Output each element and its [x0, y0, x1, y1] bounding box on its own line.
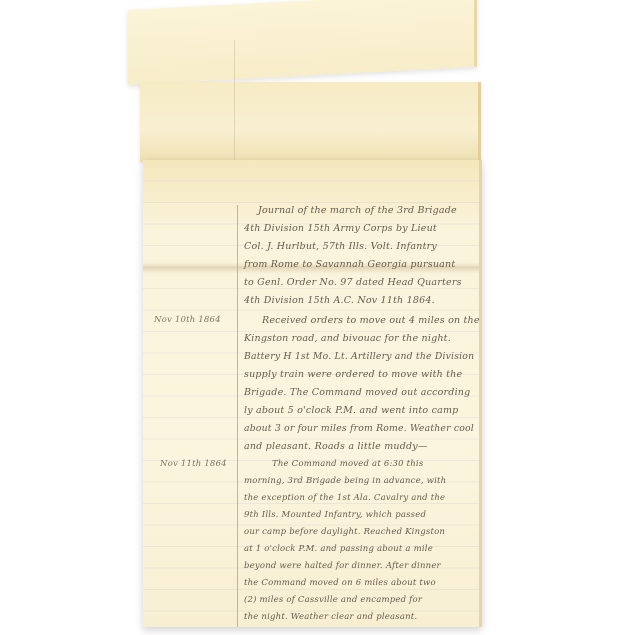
entry-line: the night. Weather clear and pleasant.	[244, 612, 417, 622]
entry-line: and pleasant. Roads a little muddy—	[244, 441, 428, 452]
title-line: Col. J. Hurlbut, 57th Ills. Volt. Infant…	[244, 241, 437, 252]
entry-line: Received orders to move out 4 miles on t…	[262, 315, 480, 326]
title-line: 4th Division 15th A.C. Nov 11th 1864.	[244, 295, 435, 306]
entry-line: Kingston road, and bivouac for the night…	[244, 333, 451, 344]
journal-document: Journal of the march of the 3rd Brigade …	[0, 0, 635, 635]
entry-line: our camp before daylight. Reached Kingst…	[244, 527, 445, 537]
title-line: 4th Division 15th Army Corps by Lieut	[244, 223, 437, 234]
entry-line: the Command moved on 6 miles about two	[244, 578, 436, 588]
entry-date: Nov 10th 1864	[154, 315, 221, 325]
entry-line: beyond were halted for dinner. After din…	[244, 561, 441, 571]
folded-top-flap	[128, 0, 477, 85]
entry-line: Battery H 1st Mo. Lt. Artillery and the …	[244, 351, 474, 362]
entry-date: Nov 11th 1864	[160, 459, 227, 469]
entry-line: the exception of the 1st Ala. Cavalry an…	[244, 493, 445, 503]
entry-line: (2) miles of Cassville and encamped for	[244, 595, 422, 605]
title-line: Journal of the march of the 3rd Brigade	[258, 205, 457, 216]
title-line: to Genl. Order No. 97 dated Head Quarter…	[244, 277, 462, 288]
entry-line: Brigade. The Command moved out according	[244, 387, 470, 398]
title-line: from Rome to Savannah Georgia pursuant	[244, 259, 455, 270]
entry-line: about 3 or four miles from Rome. Weather…	[244, 423, 474, 434]
entry-line: at 1 o'clock P.M. and passing about a mi…	[244, 544, 433, 554]
entry-line: 9th Ills. Mounted Infantry, which passed	[244, 510, 426, 520]
entry-line: ly about 5 o'clock P.M. and went into ca…	[244, 405, 458, 416]
faint-margin-line	[234, 40, 235, 180]
entry-line: morning, 3rd Brigade being in advance, w…	[244, 476, 446, 486]
entry-line: The Command moved at 6:30 this	[272, 459, 423, 469]
red-margin-line	[237, 205, 238, 627]
folded-middle-flap	[140, 82, 481, 162]
entry-line: supply train were ordered to move with t…	[244, 369, 462, 380]
